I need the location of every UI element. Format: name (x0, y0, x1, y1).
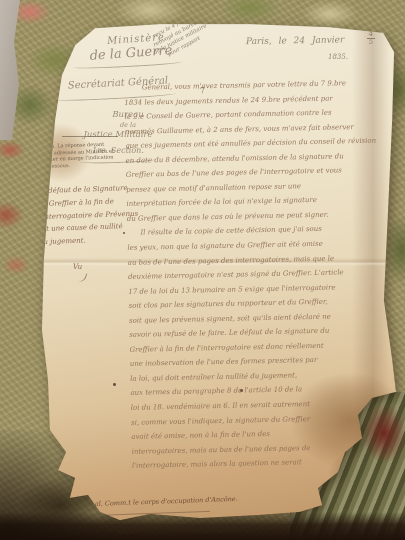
document-paper: Ministère de la Guerre Secrétariat Génér… (28, 20, 405, 535)
addressee-line: M. le L.t G.al, Comm.t le corps d'occupa… (58, 495, 238, 509)
photograph-of-letter: Ministère de la Guerre Secrétariat Génér… (0, 0, 405, 540)
addressee-flourish (90, 511, 210, 516)
document-paper-wrap: Ministère de la Guerre Secrétariat Génér… (28, 20, 405, 535)
folio-number: 4 5 (364, 31, 378, 46)
folio-numerator: 4 (369, 30, 373, 38)
ink-spot (113, 383, 116, 386)
nota-divider (62, 136, 118, 137)
date-year: 1835. (328, 53, 348, 61)
folio-denominator: 5 (367, 38, 375, 46)
letter-body: Général, vous m'avez transmis par votre … (124, 75, 404, 473)
paraph-flourish (75, 271, 88, 284)
